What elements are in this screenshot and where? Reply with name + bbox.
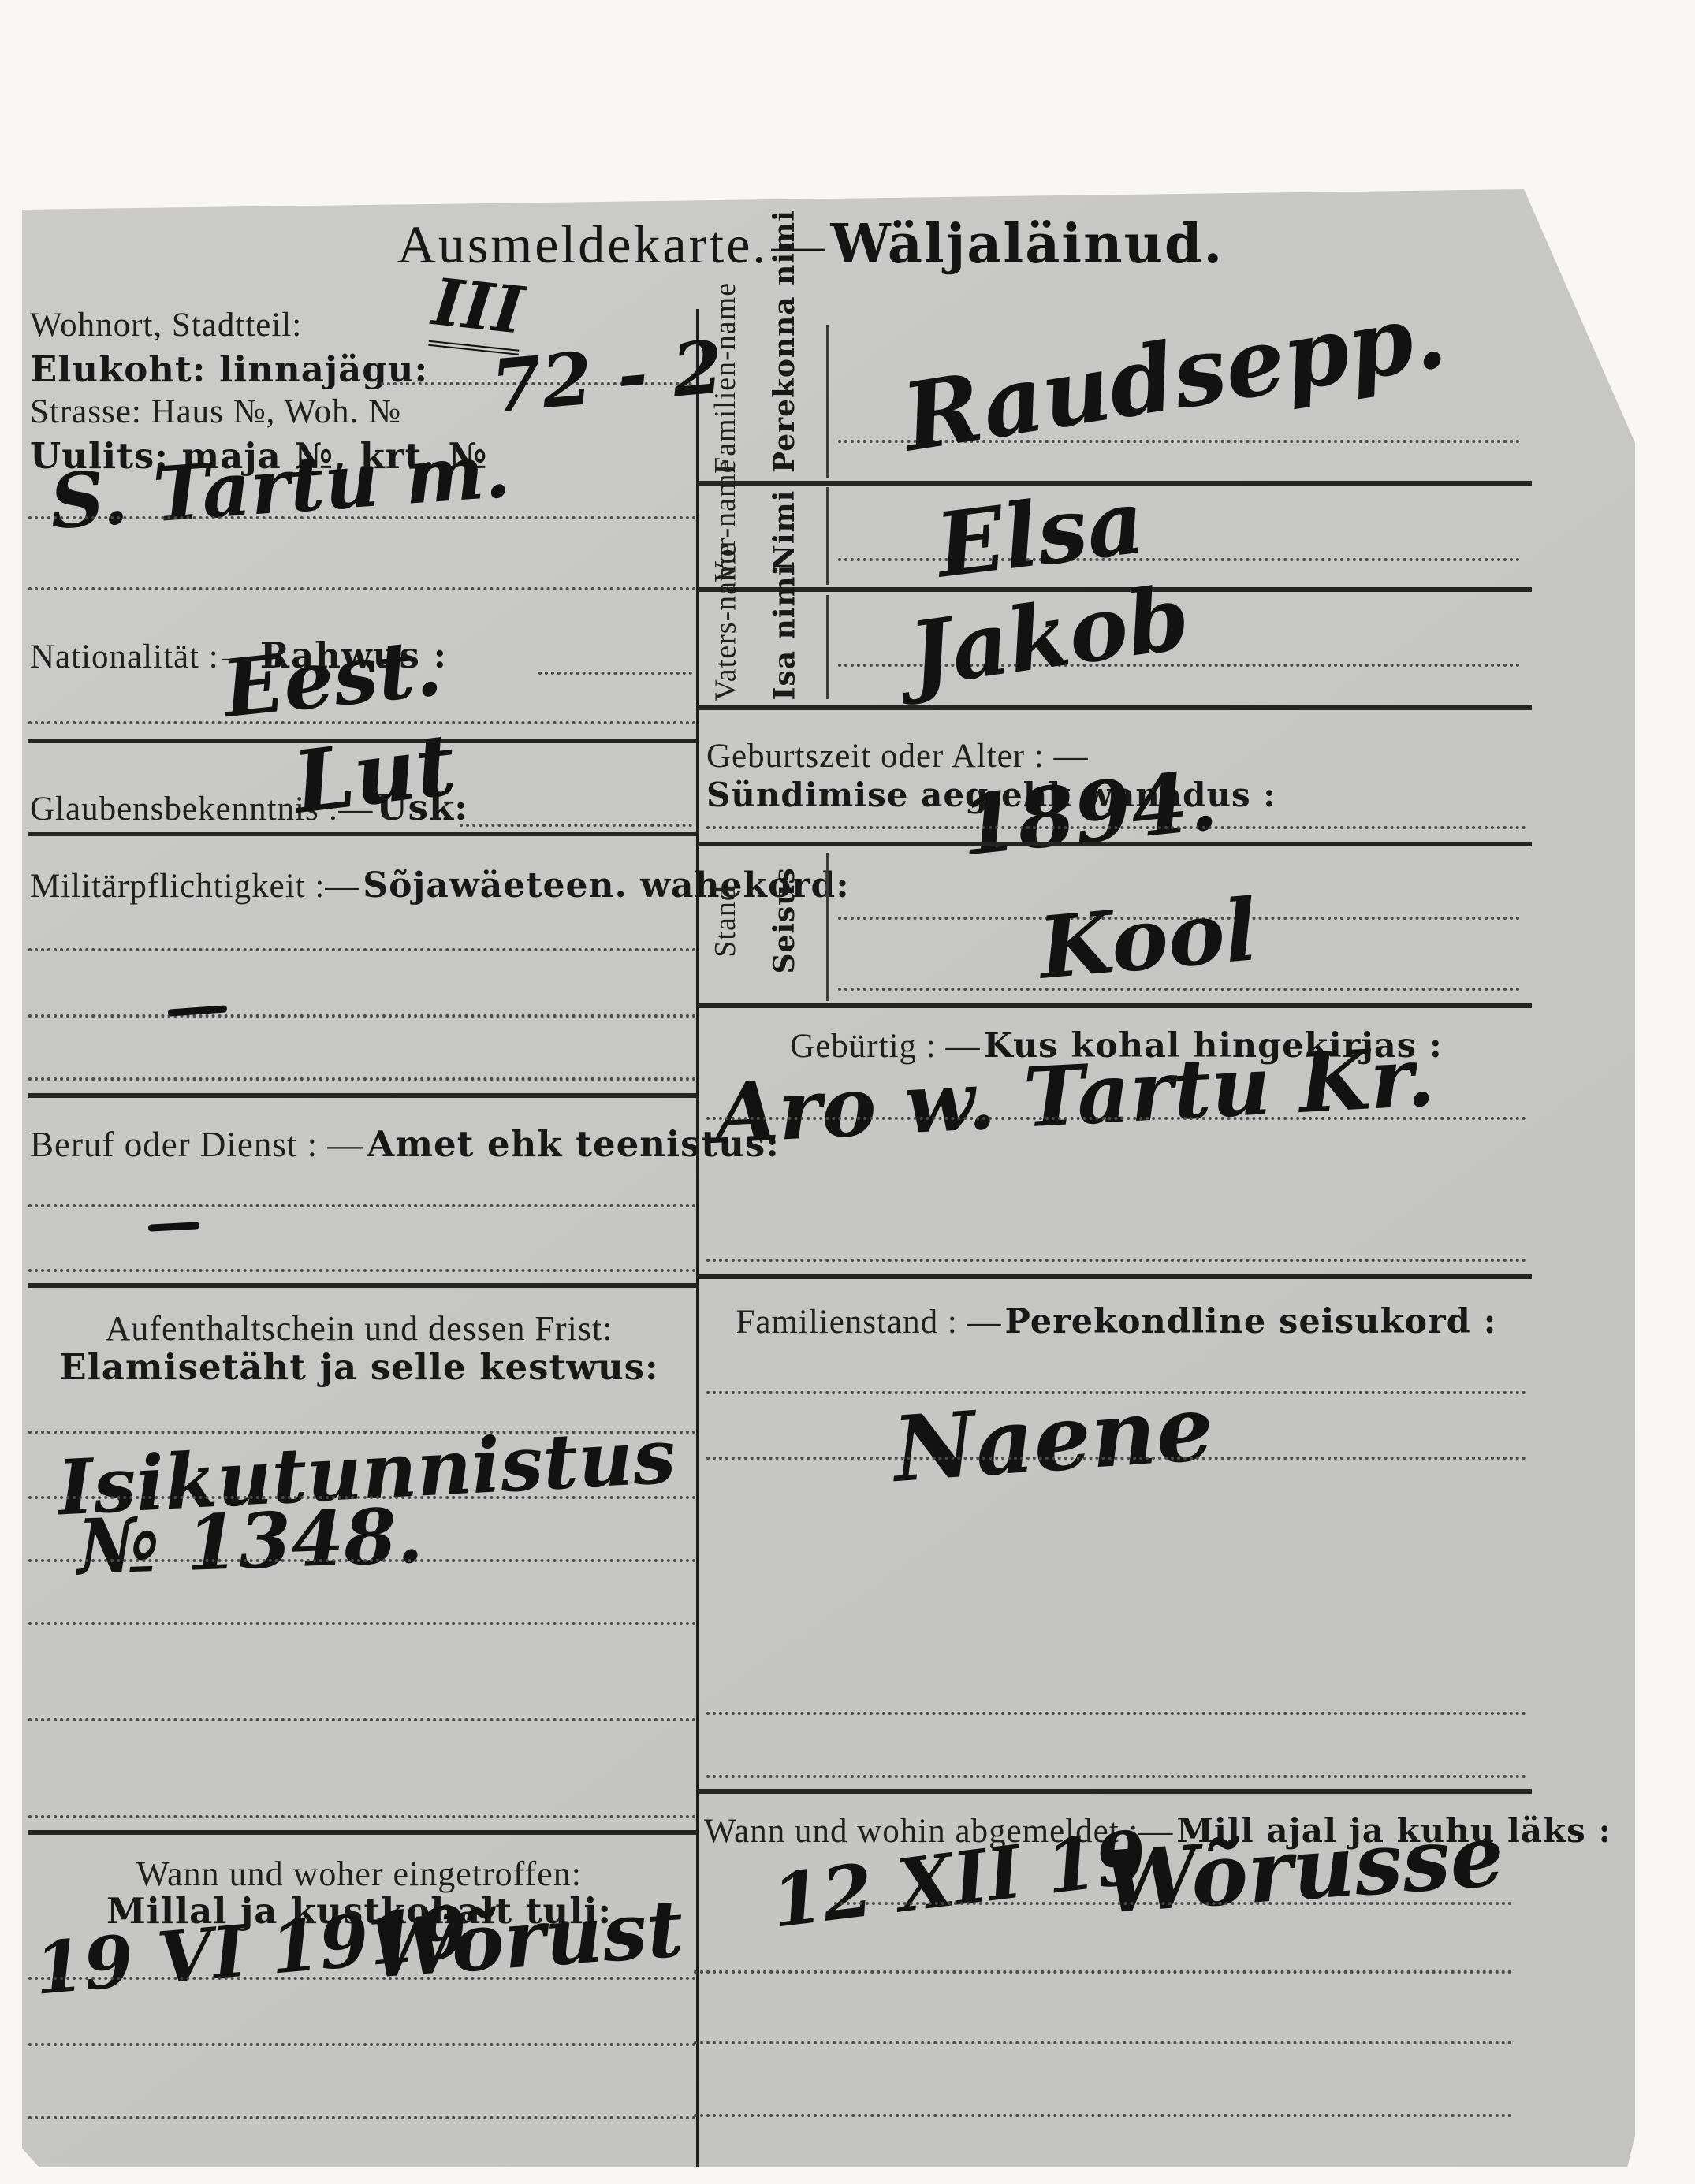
section-rule [28,1283,696,1288]
dotted-line [538,672,692,675]
dotted-line [706,1259,1526,1262]
permit-label-german: Aufenthaltschein und dessen Frist: [22,1308,696,1349]
dotted-line [706,1457,1526,1460]
dotted-line [706,1775,1526,1778]
section-rule [698,1003,1532,1008]
dotted-line [28,2043,696,2046]
label-separator [826,853,829,1001]
dotted-line [706,826,1526,829]
section-rule [28,1093,696,1098]
marital-label-german: Familienstand : — [736,1304,1001,1341]
registration-card: Ausmeldekarte. — Wäljaläinud. Wohnort, S… [22,189,1635,2167]
religion-value-handwritten: Lut [289,722,460,826]
marital-value-handwritten: Naene [891,1382,1216,1494]
card-title-estonian: Wäljaläinud. [830,213,1224,276]
dotted-line [28,1977,696,1980]
father-name-label-german: Vaters-name [711,586,743,701]
dotted-line [28,1622,696,1625]
status-value-handwritten: Kool [1036,887,1261,992]
label-separator [826,595,829,699]
dotted-line [28,1269,696,1272]
dotted-line [460,824,692,827]
marital-label-estonian: Perekondline seisukord : [1005,1302,1497,1341]
dotted-line [28,1014,696,1018]
military-label-german: Militärpflichtigkeit :— [30,868,359,905]
dotted-line [28,948,696,951]
section-rule [28,1830,696,1835]
dotted-line [28,2116,696,2119]
section-rule [698,1274,1532,1279]
arrival-place-handwritten: Wõrust [367,1888,686,1989]
dotted-line [28,587,696,590]
profession-label: Beruf oder Dienst : — Amet ehk teenistus… [30,1123,780,1165]
status-label-german: Stand [710,846,742,996]
birth-year-handwritten: 1894. [956,759,1220,867]
house-number-handwritten: 72 - 2 [489,330,726,422]
departure-place-handwritten: Wõrusse [1100,1813,1507,1925]
label-separator [826,325,829,478]
dotted-line [28,1559,696,1562]
dotted-line [28,721,696,724]
family-name-handwritten: Raudsepp. [897,288,1451,465]
first-name-handwritten: Elsa [932,478,1149,590]
father-name-label-estonian: Isa nimi [771,586,801,700]
residence-label-german: Wohnort, Stadtteil: [30,306,302,344]
nationality-label-german: Nationalität : [30,638,219,675]
section-rule [698,1789,1532,1794]
dotted-line [28,516,696,519]
profession-label-german: Beruf oder Dienst : — [30,1125,363,1164]
dotted-line [28,1718,696,1721]
family-name-label-german: Familien-name [710,316,742,474]
dotted-line [28,1077,696,1081]
permit-value-line2-handwritten: № 1348. [76,1498,423,1585]
section-rule [698,842,1532,846]
section-rule [28,832,696,836]
profession-dash-handwritten [148,1222,199,1231]
residence-label-estonian: Elukoht: linnajägu: [30,348,428,390]
street-label-german: Strasse: Haus №, Woh. № [30,393,401,431]
dotted-line [706,1712,1526,1715]
permit-label-estonian: Elamisetäht ja selle kestwus: [22,1346,696,1388]
dotted-line [706,1117,1526,1120]
status-label-estonian: Seisus [770,846,800,995]
dotted-line [694,2114,1512,2117]
dotted-line [834,1902,1512,1905]
label-separator [826,487,829,585]
family-name-label-estonian: Perekonna nimi [770,315,800,473]
card-title: Ausmeldekarte. — Wäljaläinud. [22,213,1599,276]
dotted-line [28,1815,696,1818]
dotted-line [838,988,1520,991]
dotted-line [28,1204,696,1207]
nationality-value-handwritten: Eest. [220,627,445,728]
marital-label: Familienstand : — Perekondline seisukord… [698,1302,1534,1341]
section-rule [698,705,1532,710]
birth-label-german: Geburtszeit oder Alter : — [706,738,1089,775]
dotted-line [694,2041,1512,2044]
dotted-line [694,1970,1512,1974]
